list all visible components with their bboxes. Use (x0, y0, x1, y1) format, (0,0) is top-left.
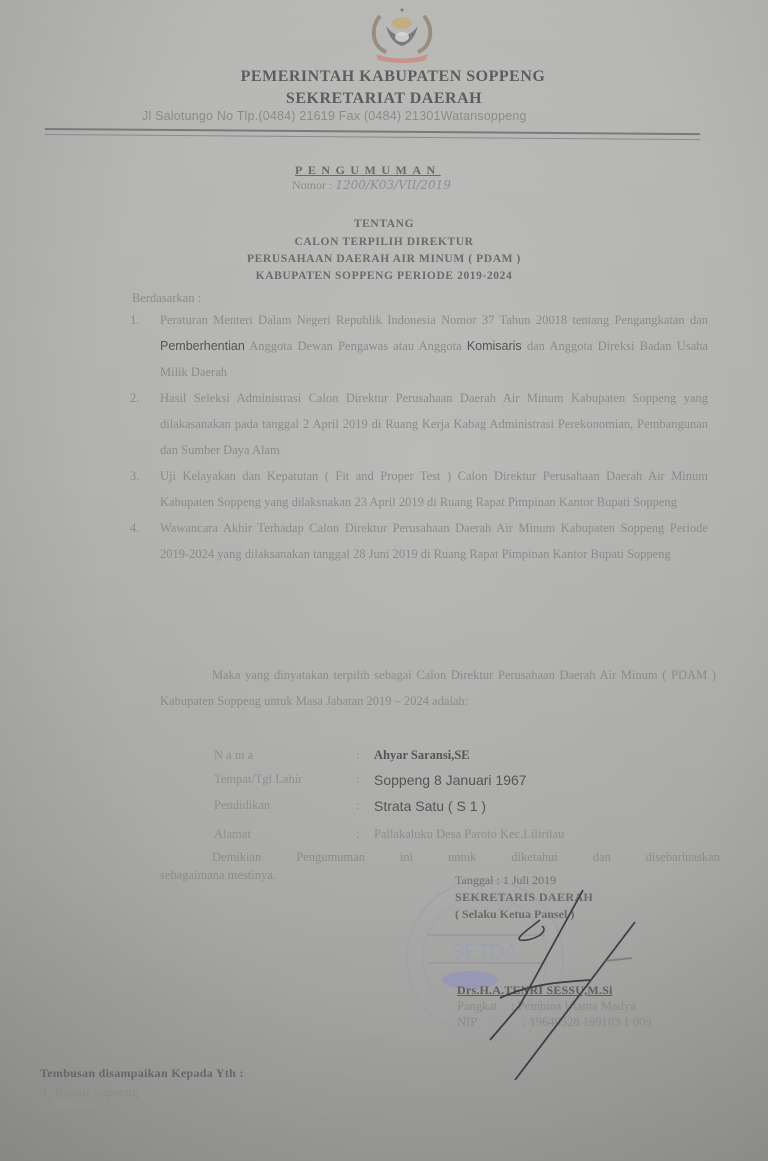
carbon-copy-list: 1. Bupati Soppeng 2. Pertinggal (42, 1084, 138, 1108)
carbon-copy-recipient: 2. Pertinggal (42, 1100, 138, 1108)
item-number: 3. (130, 463, 139, 489)
emphasized-text: Komisaris (467, 339, 522, 353)
item-text: Anggota Dewan Pengawas atau Anggota (245, 339, 467, 353)
number-value: 1200/K03/VII/2019 (335, 178, 451, 192)
emphasized-text: Pemberhentian (160, 339, 245, 353)
field-label: Tempat/Tgl Lahir (214, 772, 302, 787)
considerations-list: 1.Peraturan Menteri Dalam Negeri Republi… (130, 307, 708, 567)
item-number: 2. (130, 385, 139, 411)
subject-line: KABUPATEN SOPPENG PERIODE 2019-2024 (0, 270, 768, 282)
office-name: SEKRETARIAT DAERAH (0, 90, 768, 108)
consideration-item: 1.Peraturan Menteri Dalam Negeri Republi… (130, 307, 708, 385)
field-value: Ahyar Saransi,SE (374, 748, 470, 763)
field-separator: : (356, 798, 359, 813)
closing-line: sebagaimana mestinya. (160, 868, 276, 882)
letterhead-divider (45, 128, 700, 140)
field-value: Strata Satu ( S 1 ) (374, 798, 486, 814)
document-title: PENGUMUMAN (295, 163, 441, 178)
closing-line: Demikian Pengumuman ini untuk diketahui … (160, 848, 720, 866)
item-text: Hasil Seleksi Administrasi Calon Direktu… (160, 391, 708, 457)
field-separator: : (356, 748, 359, 763)
item-text: Peraturan Menteri Dalam Negeri Republik … (160, 313, 708, 327)
regency-crest-icon (366, 6, 438, 64)
field-value: Soppeng 8 Januari 1967 (374, 772, 527, 788)
consideration-item: 4.Wawancara Akhir Terhadap Calon Direktu… (130, 515, 708, 567)
field-label: N a m a (214, 748, 253, 763)
number-label: Nomor : (292, 178, 332, 192)
decision-text: Maka yang dinyatakan terpilih sebagai Ca… (160, 662, 716, 714)
office-address: Jl Salotungo No Tlp.(0484) 21619 Fax (04… (142, 109, 527, 123)
item-text: Uji Kelayakan dan Kepatutan ( Fit and Pr… (160, 469, 708, 509)
field-separator: : (356, 827, 359, 842)
carbon-copy-heading: Tembusan disampaikan Kepada Yth : (40, 1066, 244, 1081)
subject-line: CALON TERPILIH DIREKTUR (0, 236, 768, 248)
subject-line: PERUSAHAAN DAERAH AIR MINUM ( PDAM ) (0, 253, 768, 265)
field-label: Alamat (214, 827, 251, 842)
document-number: Nomor :1200/K03/VII/2019 (292, 178, 451, 193)
item-number: 1. (130, 307, 139, 333)
field-label: Pendidikan (214, 798, 270, 813)
government-name: PEMERINTAH KABUPATEN SOPPENG (0, 68, 768, 86)
field-separator: : (356, 772, 359, 787)
consideration-item: 2.Hasil Seleksi Administrasi Calon Direk… (130, 385, 708, 463)
about-label: TENTANG (0, 218, 768, 230)
carbon-copy-recipient: 1. Bupati Soppeng (42, 1084, 138, 1100)
field-value: Pallakaluku Desa Paroto Kec.Lilirilau (374, 827, 564, 842)
consideration-item: 3.Uji Kelayakan dan Kepatutan ( Fit and … (130, 463, 708, 515)
handwritten-signature-icon (420, 880, 680, 1080)
item-text: Wawancara Akhir Terhadap Calon Direktur … (160, 521, 708, 561)
item-number: 4. (130, 515, 139, 541)
